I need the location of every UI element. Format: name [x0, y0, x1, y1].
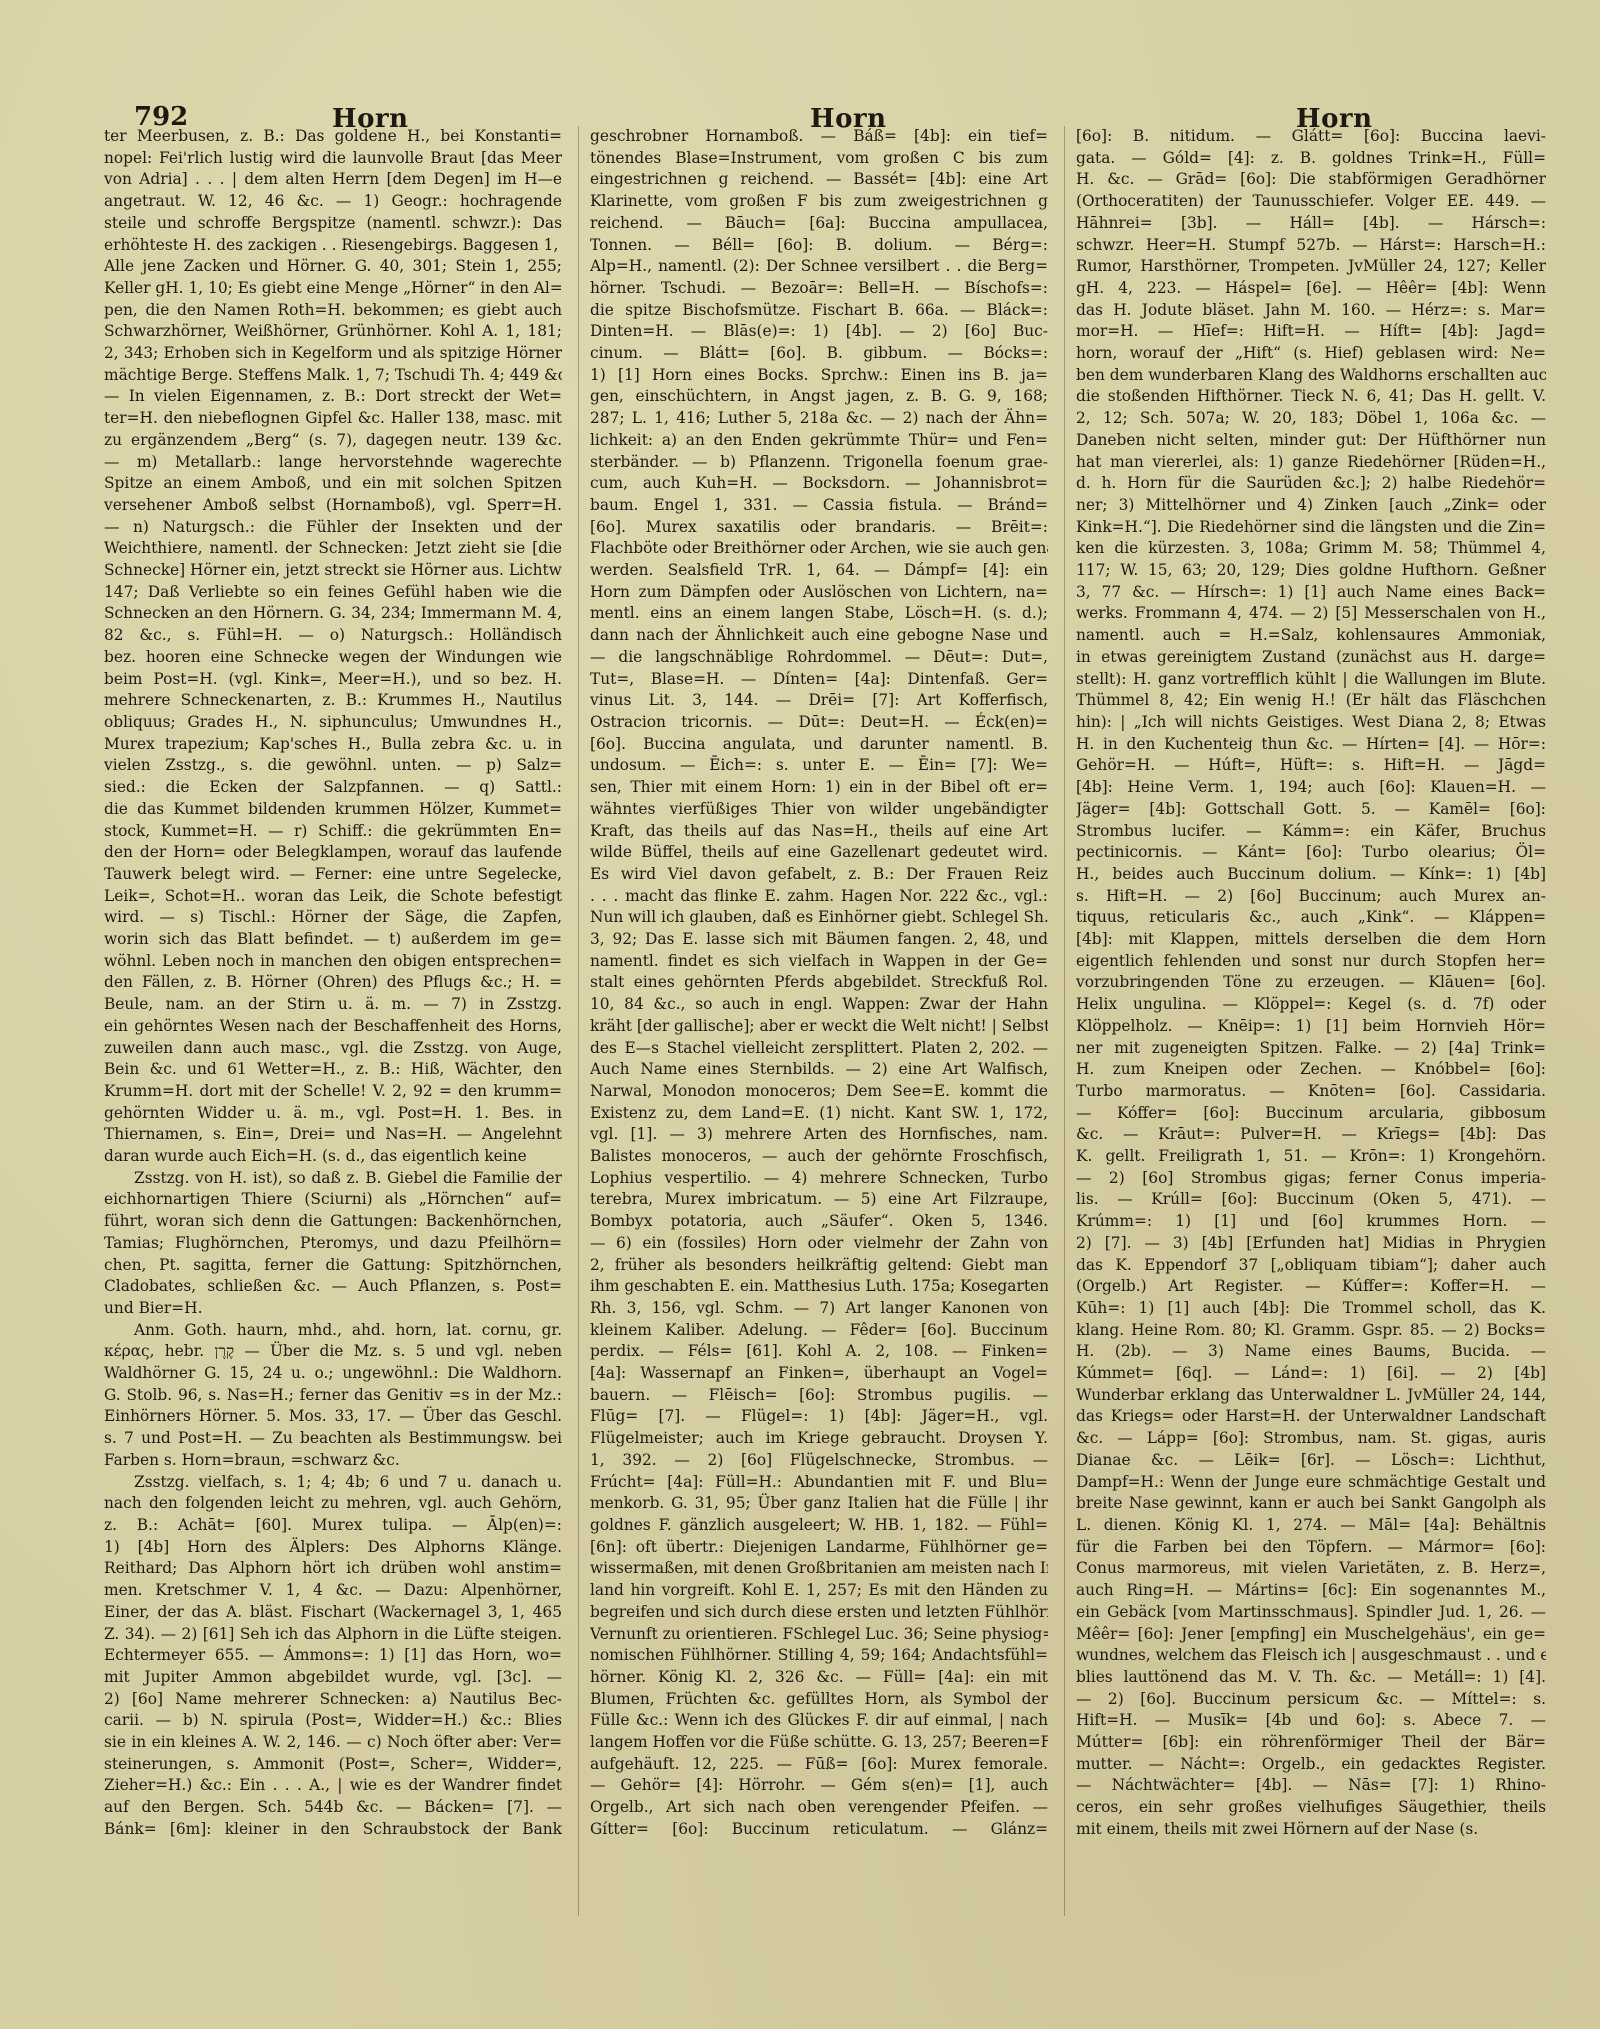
text-line: hörner. König Kl. 2, 326 &c. — Füll= [4a…	[590, 1667, 1048, 1689]
text-line: [6n]: oft übertr.: Diejenigen Landarme, …	[590, 1537, 1048, 1559]
text-line: K. gellt. Freiligrath 1, 51. — Krōn=: 1)…	[1076, 1146, 1546, 1168]
text-line: klang. Heine Rom. 80; Kl. Gramm. Gspr. 8…	[1076, 1320, 1546, 1342]
text-line: Daneben nicht selten, minder gut: Der Hü…	[1076, 430, 1546, 452]
text-line: vinus Lit. 3, 144. — Drēi= [7]: Art Koff…	[590, 690, 1048, 712]
text-line: stellt): H. ganz vortrefflich kühlt | di…	[1076, 669, 1546, 691]
text-line: . . . macht das flinke E. zahm. Hagen No…	[590, 886, 1048, 908]
text-line: tiquus, reticularis &c., auch „Kink“. — …	[1076, 907, 1546, 929]
text-line: ken die kürzesten. 3, 108a; Grimm M. 58;…	[1076, 538, 1546, 560]
text-line: 82 &c., s. Fühl=H. — o) Naturgsch.: Holl…	[104, 625, 562, 647]
text-line: perdix. — Féls= [61]. Kohl A. 2, 108. — …	[590, 1341, 1048, 1363]
text-line: Gítter= [6o]: Buccinum reticulatum. — Gl…	[590, 1819, 1048, 1841]
text-line: werden. Sealsfield TrR. 1, 64. — Dámpf= …	[590, 560, 1048, 582]
text-line: Tonnen. — Béll= [6o]: B. dolium. — Bérg=…	[590, 235, 1048, 257]
text-line: 2) [6o] Name mehrerer Schnecken: a) Naut…	[104, 1689, 562, 1711]
text-line: G. Stolb. 96, s. Nas=H.; ferner das Geni…	[104, 1385, 562, 1407]
text-line: d. h. Horn für die Saurüden &c.]; 2) hal…	[1076, 473, 1546, 495]
text-line: wird. — s) Tischl.: Hörner der Säge, die…	[104, 907, 562, 929]
text-line: reichend. — Bāuch= [6a]: Buccina ampulla…	[590, 213, 1048, 235]
text-line: erhöhteste H. des zackigen . . Riesengeb…	[104, 235, 562, 257]
text-line: — Kóffer= [6o]: Buccinum arcularia, gibb…	[1076, 1103, 1546, 1125]
text-line: Thümmel 8, 42; Ein wenig H.! (Er hält da…	[1076, 690, 1546, 712]
text-line: langem Hoffen vor die Füße schütte. G. 1…	[590, 1732, 1048, 1754]
text-line: &c. — Lápp= [6o]: Strombus, nam. St. gig…	[1076, 1428, 1546, 1450]
text-line: menkorb. G. 31, 95; Über ganz Italien ha…	[590, 1493, 1048, 1515]
text-line: Alle jene Zacken und Hörner. G. 40, 301;…	[104, 256, 562, 278]
text-line: terebra, Murex imbricatum. — 5) eine Art…	[590, 1189, 1048, 1211]
text-line: [6o]. Buccina angulata, und darunter nam…	[590, 734, 1048, 756]
text-line: versehener Amboß selbst (Hornamboß), vgl…	[104, 495, 562, 517]
text-line: Weichthiere, namentl. der Schnecken: Jet…	[104, 538, 562, 560]
text-line: horn, worauf der „Hift“ (s. Hief) geblas…	[1076, 343, 1546, 365]
text-line: — Náchtwächter= [4b]. — Nās= [7]: 1) Rhi…	[1076, 1775, 1546, 1797]
text-line: — 2) [6o] Strombus gigas; ferner Conus i…	[1076, 1168, 1546, 1190]
text-line: eichhornartigen Thiere (Sciurni) als „Hö…	[104, 1189, 562, 1211]
text-line: — die langschnäblige Rohrdommel. — Dēut=…	[590, 647, 1048, 669]
text-line: Tauwerk belegt wird. — Ferner: eine untr…	[104, 864, 562, 886]
text-line: Ostracion tricornis. — Dūt=: Deut=H. — É…	[590, 712, 1048, 734]
text-line: Anm. Goth. haurn, mhd., ahd. horn, lat. …	[104, 1320, 562, 1342]
text-line: 287; L. 1, 416; Luther 5, 218a &c. — 2) …	[590, 408, 1048, 430]
text-line: von Adria] . . . | dem alten Herrn [dem …	[104, 169, 562, 191]
text-line: Turbo marmoratus. — Knōten= [6o]. Cassid…	[1076, 1081, 1546, 1103]
text-line: [6o]: B. nitidum. — Glátt= [6o]: Buccina…	[1076, 126, 1546, 148]
text-line: Balistes monoceros, — auch der gehörnte …	[590, 1146, 1048, 1168]
text-line: Spitze an einem Amboß, und ein mit solch…	[104, 473, 562, 495]
text-line: wöhnl. Leben noch in manchen den obigen …	[104, 951, 562, 973]
text-line: aufgehäuft. 12, 225. — Fūß= [6o]: Murex …	[590, 1754, 1048, 1776]
text-line: 3, 92; Das E. lasse sich mit Bäumen fang…	[590, 929, 1048, 951]
text-line: Klarinette, vom großen F bis zum zweiges…	[590, 191, 1048, 213]
text-line: kräht [der gallische]; aber er weckt die…	[590, 1016, 1048, 1038]
text-line: wundnes, welchem das Fleisch ich | ausge…	[1076, 1645, 1546, 1667]
text-line: Strombus lucifer. — Kámm=: ein Käfer, Br…	[1076, 821, 1546, 843]
text-line: dann nach der Ähnlichkeit auch eine gebo…	[590, 625, 1048, 647]
text-line: (Orgelb.) Art Register. — Kúffer=: Koffe…	[1076, 1276, 1546, 1298]
text-line: — n) Naturgsch.: die Fühler der Insekten…	[104, 517, 562, 539]
text-line: Dampf=H.: Wenn der Junge eure schmächtig…	[1076, 1472, 1546, 1494]
text-line: Orgelb., Art sich nach oben verengender …	[590, 1797, 1048, 1819]
text-line: Kūh=: 1) [1] auch [4b]: Die Trommel scho…	[1076, 1298, 1546, 1320]
text-line: Blumen, Früchten &c. gefülltes Horn, als…	[590, 1689, 1048, 1711]
text-line: [6o]. Murex saxatilis oder brandaris. — …	[590, 517, 1048, 539]
text-line: sen, Thier mit einem Horn: 1) ein in der…	[590, 777, 1048, 799]
text-line: mor=H. — Hīef=: Hift=H. — Híft= [4b]: Ja…	[1076, 321, 1546, 343]
text-line: mit einem, theils mit zwei Hörnern auf d…	[1076, 1819, 1546, 1841]
text-line: Tut=, Blase=H. — Dínten= [4a]: Dintenfaß…	[590, 669, 1048, 691]
dictionary-page: 792 Horn Horn Horn ter Meerbusen, z. B.:…	[0, 0, 1600, 2029]
text-line: Rumor, Harsthörner, Trompeten. JvMüller …	[1076, 256, 1546, 278]
text-line: Bombyx potatoria, auch „Säufer“. Oken 5,…	[590, 1211, 1048, 1233]
text-line: Horn zum Dämpfen oder Auslöschen von Lic…	[590, 582, 1048, 604]
text-line: nomischen Fühlhörner. Stilling 4, 59; 16…	[590, 1645, 1048, 1667]
text-line: Keller gH. 1, 10; Es giebt eine Menge „H…	[104, 278, 562, 300]
text-line: cum, auch Kuh=H. — Bocksdorn. — Johannis…	[590, 473, 1048, 495]
text-line: Hift=H. — Musīk= [4b und 6o]: s. Abece 7…	[1076, 1710, 1546, 1732]
text-line: Kraft, das theils auf das Nas=H., theils…	[590, 821, 1048, 843]
text-line: H. in den Kuchenteig thun &c. — Hírten= …	[1076, 734, 1546, 756]
text-line: Echtermeyer 655. — Ámmons=: 1) [1] das H…	[104, 1645, 562, 1667]
text-line: schwzr. Heer=H. Stumpf 527b. — Hárst=: H…	[1076, 235, 1546, 257]
text-line: goldnes F. gänzlich ausgeleert; W. HB. 1…	[590, 1515, 1048, 1537]
text-line: Jäger= [4b]: Gottschall Gott. 5. — Kamēl…	[1076, 799, 1546, 821]
text-line: 2, 343; Erhoben sich in Kegelform und al…	[104, 343, 562, 365]
text-line: pen, die den Namen Roth=H. bekommen; es …	[104, 300, 562, 322]
text-line: Mútter= [6b]: ein röhrenförmiger Theil d…	[1076, 1732, 1546, 1754]
text-line: in etwas gereinigtem Zustand (zunächst a…	[1076, 647, 1546, 669]
text-line: — m) Metallarb.: lange hervorstehnde wag…	[104, 452, 562, 474]
text-line: Kúmmet= [6q]. — Lánd=: 1) [6i]. — 2) [4b…	[1076, 1363, 1546, 1385]
text-line: lis. — Krúll= [6o]: Buccinum (Oken 5, 47…	[1076, 1189, 1546, 1211]
text-line: stalt eines gehörnten Pferds abgebildet.…	[590, 972, 1048, 994]
text-line: H. (2b). — 3) Name eines Baums, Bucida. …	[1076, 1341, 1546, 1363]
text-line: Conus marmoreus, mit vielen Varietäten, …	[1076, 1558, 1546, 1580]
text-line: cinum. — Blátt= [6o]. B. gibbum. — Bócks…	[590, 343, 1048, 365]
text-line: begreifen und sich durch diese ersten un…	[590, 1602, 1048, 1624]
text-line: Waldhörner G. 15, 24 u. o.; ungewöhnl.: …	[104, 1363, 562, 1385]
text-line: Krúmm=: 1) [1] und [6o] krummes Horn. —	[1076, 1211, 1546, 1233]
text-line: eigentlich fehlenden und sonst nur durch…	[1076, 951, 1546, 973]
text-line: κέρας, hebr. קֶרֶן — Über die Mz. s. 5 u…	[104, 1341, 562, 1363]
text-line: die das Kummet bildenden krummen Hölzer,…	[104, 799, 562, 821]
text-line: Nun will ich glauben, daß es Einhörner g…	[590, 907, 1048, 929]
text-line: bauern. — Flēisch= [6o]: Strombus pugili…	[590, 1385, 1048, 1407]
text-line: H. zum Kneipen oder Zechen. — Knóbbel= […	[1076, 1059, 1546, 1081]
text-line: ceros, ein sehr großes vielhufiges Säuge…	[1076, 1797, 1546, 1819]
text-line: breite Nase gewinnt, kann er auch bei Sa…	[1076, 1493, 1546, 1515]
text-line: nopel: Fei'rlich lustig wird die launvol…	[104, 148, 562, 170]
text-line: Schnecke] Hörner ein, jetzt streckt sie …	[104, 560, 562, 582]
text-line: Farben s. Horn=braun, =schwarz &c.	[104, 1450, 562, 1472]
text-line: Auch Name eines Sternbilds. — 2) eine Ar…	[590, 1059, 1048, 1081]
text-line: Zieher=H.) &c.: Ein . . . A., | wie es d…	[104, 1775, 562, 1797]
text-line: namentl. auch = H.=Salz, kohlensaures Am…	[1076, 625, 1546, 647]
text-line: obliquus; Grades H., N. siphunculus; Umw…	[104, 712, 562, 734]
text-line: ein Gebäck [vom Martinsschmaus]. Spindle…	[1076, 1602, 1546, 1624]
column-2: geschrobner Hornamboß. — Báß= [4b]: ein …	[590, 126, 1048, 1916]
text-line: H. &c. — Grād= [6o]: Die stabförmigen Ge…	[1076, 169, 1546, 191]
text-line: (Orthoceratiten) der Taunusschiefer. Vol…	[1076, 191, 1546, 213]
text-line: vielen Zsstzg., s. die gewöhnl. unten. —…	[104, 755, 562, 777]
text-line: ter=H. den niebeflognen Gipfel &c. Halle…	[104, 408, 562, 430]
text-line: 2, 12; Sch. 507a; W. 20, 183; Döbel 1, 1…	[1076, 408, 1546, 430]
text-line: Zsstzg. vielfach, s. 1; 4; 4b; 6 und 7 u…	[104, 1472, 562, 1494]
text-line: gH. 4, 223. — Háspel= [6e]. — Hêêr= [4b]…	[1076, 278, 1546, 300]
text-line: wissermaßen, mit denen Großbritanien am …	[590, 1558, 1048, 1580]
text-line: lichkeit: a) an den Enden gekrümmte Thür…	[590, 430, 1048, 452]
text-line: Z. 34). — 2) [61] Seh ich das Alphorn in…	[104, 1624, 562, 1646]
text-line: eingestrichnen g reichend. — Bassét= [4b…	[590, 169, 1048, 191]
text-line: Existenz zu, dem Land=E. (1) nicht. Kant…	[590, 1103, 1048, 1125]
text-line: des E—s Stachel vielleicht zersplittert.…	[590, 1038, 1048, 1060]
text-line: 117; W. 15, 63; 20, 129; Dies goldne Huf…	[1076, 560, 1546, 582]
text-line: sied.: die Ecken der Salzpfannen. — q) S…	[104, 777, 562, 799]
text-line: ner; 3) Mittelhörner und 4) Zinken [auch…	[1076, 495, 1546, 517]
text-line: Tamias; Flughörnchen, Pteromys, und dazu…	[104, 1233, 562, 1255]
text-line: mit Jupiter Ammon abgebildet wurde, vgl.…	[104, 1667, 562, 1689]
text-line: werks. Frommann 4, 474. — 2) [5] Messers…	[1076, 603, 1546, 625]
text-line: [4b]: Heine Verm. 1, 194; auch [6o]: Kla…	[1076, 777, 1546, 799]
text-line: wilde Büffel, theils auf eine Gazellenar…	[590, 842, 1048, 864]
text-line: namentl. findet es sich vielfach in Wapp…	[590, 951, 1048, 973]
text-line: Flūg= [7]. — Flügel=: 1) [4b]: Jäger=H.,…	[590, 1406, 1048, 1428]
text-line: den der Horn= oder Belegklampen, worauf …	[104, 842, 562, 864]
text-line: s. 7 und Post=H. — Zu beachten als Besti…	[104, 1428, 562, 1450]
text-line: Leik=, Schot=H.. woran das Leik, die Sch…	[104, 886, 562, 908]
text-line: auch Ring=H. — Mártins= [6c]: Ein sogena…	[1076, 1580, 1546, 1602]
text-line: Murex trapezium; Kap'sches H., Bulla zeb…	[104, 734, 562, 756]
text-line: steile und schroffe Bergspitze (namentl.…	[104, 213, 562, 235]
text-line: mentl. eins an einem langen Stabe, Lösch…	[590, 603, 1048, 625]
text-line: pectinicornis. — Kánt= [6o]: Turbo olear…	[1076, 842, 1546, 864]
text-line: für die Farben bei den Töpfern. — Mármor…	[1076, 1537, 1546, 1559]
text-line: z. B.: Achāt= [60]. Murex tulipa. — Ālp(…	[104, 1515, 562, 1537]
text-line: baum. Engel 1, 331. — Cassia fistula. — …	[590, 495, 1048, 517]
text-line: gehörnten Widder u. ä. m., vgl. Post=H. …	[104, 1103, 562, 1125]
text-line: [4a]: Wassernapf an Finken=, überhaupt a…	[590, 1363, 1048, 1385]
text-line: ein gehörntes Wesen nach der Beschaffenh…	[104, 1016, 562, 1038]
text-line: ter Meerbusen, z. B.: Das goldene H., be…	[104, 126, 562, 148]
text-line: ner mit zugeneigten Spitzen. Falke. — 2)…	[1076, 1038, 1546, 1060]
text-line: angetraut. W. 12, 46 &c. — 1) Geogr.: ho…	[104, 191, 562, 213]
text-line: gata. — Góld= [4]: z. B. goldnes Trink=H…	[1076, 148, 1546, 170]
text-line: 10, 84 &c., so auch in engl. Wappen: Zwa…	[590, 994, 1048, 1016]
text-line: hat man viererlei, als: 1) ganze Riedehö…	[1076, 452, 1546, 474]
text-line: 2, früher als besonders heilkräftig gelt…	[590, 1255, 1048, 1277]
text-line: hin): | „Ich will nichts Geistiges. West…	[1076, 712, 1546, 734]
text-line: sterbänder. — b) Pflanzenn. Trigonella f…	[590, 452, 1048, 474]
text-line: carii. — b) N. spirula (Post=, Widder=H.…	[104, 1710, 562, 1732]
text-line: geschrobner Hornamboß. — Báß= [4b]: ein …	[590, 126, 1048, 148]
text-line: Cladobates, schließen &c. — Auch Pflanze…	[104, 1276, 562, 1298]
column-1: ter Meerbusen, z. B.: Das goldene H., be…	[104, 126, 562, 1916]
text-line: 1) [4b] Horn des Älplers: Des Alphorns K…	[104, 1537, 562, 1559]
text-line: Kink=H.“]. Die Riedehörner sind die läng…	[1076, 517, 1546, 539]
text-line: Narwal, Monodon monoceros; Dem See=E. ko…	[590, 1081, 1048, 1103]
text-line: — Gehör= [4]: Hörrohr. — Gém s(en)= [1],…	[590, 1775, 1048, 1797]
text-line: Lophius vespertilio. — 4) mehrere Schnec…	[590, 1168, 1048, 1190]
text-line: die spitze Bischofsmütze. Fischart B. 66…	[590, 300, 1048, 322]
text-line: tönendes Blase=Instrument, vom großen C …	[590, 148, 1048, 170]
text-line: Frúcht= [4a]: Füll=H.: Abundantien mit F…	[590, 1472, 1048, 1494]
text-line: Flügelmeister; auch im Kriege gebraucht.…	[590, 1428, 1048, 1450]
text-line: Klöppelholz. — Knēip=: 1) [1] beim Hornv…	[1076, 1016, 1546, 1038]
text-line: 3, 77 &c. — Hírsch=: 1) [1] auch Name ei…	[1076, 582, 1546, 604]
text-line: 2) [7]. — 3) [4b] [Erfunden hat] Midias …	[1076, 1233, 1546, 1255]
text-line: mächtige Berge. Steffens Malk. 1, 7; Tsc…	[104, 365, 562, 387]
column-divider	[578, 126, 579, 1916]
text-line: vorzubringenden Töne zu erzeugen. — Klāu…	[1076, 972, 1546, 994]
text-line: sie in ein kleines A. W. 2, 146. — c) No…	[104, 1732, 562, 1754]
text-line: ihm geschabten E. ein. Matthesius Luth. …	[590, 1276, 1048, 1298]
text-line: ben dem wunderbaren Klang des Waldhorns …	[1076, 365, 1546, 387]
text-line: das Kriegs= oder Harst=H. der Unterwaldn…	[1076, 1406, 1546, 1428]
text-line: worin sich das Blatt befindet. — t) auße…	[104, 929, 562, 951]
text-line: Gehör=H. — Húft=, Hüft=: s. Hift=H. — Jā…	[1076, 755, 1546, 777]
text-line: kleinem Kaliber. Adelung. — Fêder= [6o].…	[590, 1320, 1048, 1342]
text-line: chen, Pt. sagitta, ferner die Gattung: S…	[104, 1255, 562, 1277]
text-line: Hāhnrei= [3b]. — Háll= [4b]. — Hársch=:	[1076, 213, 1546, 235]
text-line: blies lauttönend das M. V. Th. &c. — Met…	[1076, 1667, 1546, 1689]
text-line: zuweilen dann auch masc., vgl. die Zsstz…	[104, 1038, 562, 1060]
text-line: Es wird Viel davon gefabelt, z. B.: Der …	[590, 864, 1048, 886]
text-line: &c. — Krāut=: Pulver=H. — Krīegs= [4b]: …	[1076, 1124, 1546, 1146]
text-line: Krumm=H. dort mit der Schelle! V. 2, 92 …	[104, 1081, 562, 1103]
text-line: das H. Jodute bläset. Jahn M. 160. — Hér…	[1076, 300, 1546, 322]
text-line: steinerungen, s. Ammonit (Post=, Scher=,…	[104, 1754, 562, 1776]
text-line: hörner. Tschudi. — Bezoār=: Bell=H. — Bí…	[590, 278, 1048, 300]
text-line: Vernunft zu orientieren. FSchlegel Luc. …	[590, 1624, 1048, 1646]
text-line: mehrere Schneckenarten, z. B.: Krummes H…	[104, 690, 562, 712]
text-line: Flachböte oder Breithörner oder Archen, …	[590, 538, 1048, 560]
text-line: Einer, der das A. bläst. Fischart (Wacke…	[104, 1602, 562, 1624]
text-line: das K. Eppendorf 37 [„obliquam tibiam“];…	[1076, 1255, 1546, 1277]
text-line: Einhörners Hörner. 5. Mos. 33, 17. — Übe…	[104, 1406, 562, 1428]
text-line: Schwarzhörner, Weißhörner, Grünhörner. K…	[104, 321, 562, 343]
text-line: undosum. — Ēich=: s. unter E. — Ēin= [7]…	[590, 755, 1048, 777]
text-line: beim Post=H. (vgl. Kink=, Meer=H.), und …	[104, 669, 562, 691]
text-line: Fülle &c.: Wenn ich des Glückes F. dir a…	[590, 1710, 1048, 1732]
text-line: 1, 392. — 2) [6o] Flügelschnecke, Stromb…	[590, 1450, 1048, 1472]
text-line: Bein &c. und 61 Wetter=H., z. B.: Hiß, W…	[104, 1059, 562, 1081]
text-line: Wunderbar erklang das Unterwaldner L. Jv…	[1076, 1385, 1546, 1407]
text-line: Thiernamen, s. Ein=, Drei= und Nas=H. — …	[104, 1124, 562, 1146]
text-line: Dianae &c. — Lēik= [6r]. — Lösch=: Licht…	[1076, 1450, 1546, 1472]
text-line: nach den folgenden leicht zu mehren, vgl…	[104, 1493, 562, 1515]
text-line: 147; Daß Verliebte so ein feines Gefühl …	[104, 582, 562, 604]
text-line: gen, einschüchtern, in Angst jagen, z. B…	[590, 386, 1048, 408]
text-line: H., beides auch Buccinum dolium. — Kínk=…	[1076, 864, 1546, 886]
text-line: — 6) ein (fossiles) Horn oder vielmehr d…	[590, 1233, 1048, 1255]
text-line: Alp=H., namentl. (2): Der Schnee versilb…	[590, 256, 1048, 278]
text-line: L. dienen. König Kl. 1, 274. — Māl= [4a]…	[1076, 1515, 1546, 1537]
text-line: den Fällen, z. B. Hörner (Ohren) des Pfl…	[104, 972, 562, 994]
text-line: führt, woran sich denn die Gattungen: Ba…	[104, 1211, 562, 1233]
text-line: Dinten=H. — Blās(e)=: 1) [4b]. — 2) [6o]…	[590, 321, 1048, 343]
text-line: land hin vorgreift. Kohl E. 1, 257; Es m…	[590, 1580, 1048, 1602]
text-line: wähntes vierfüßiges Thier von wilder ung…	[590, 799, 1048, 821]
text-columns: ter Meerbusen, z. B.: Das goldene H., be…	[104, 126, 1590, 1926]
text-line: zu ergänzendem „Berg“ (s. 7), dagegen ne…	[104, 430, 562, 452]
text-line: Zsstzg. von H. ist), so daß z. B. Giebel…	[104, 1168, 562, 1190]
text-line: daran wurde auch Eich=H. (s. d., das eig…	[104, 1146, 562, 1168]
text-line: mutter. — Nácht=: Orgelb., ein gedacktes…	[1076, 1754, 1546, 1776]
text-line: und Bier=H.	[104, 1298, 562, 1320]
text-line: Reithard; Das Alphorn hört ich drüben wo…	[104, 1558, 562, 1580]
text-line: men. Kretschmer V. 1, 4 &c. — Dazu: Alpe…	[104, 1580, 562, 1602]
column-3: [6o]: B. nitidum. — Glátt= [6o]: Buccina…	[1076, 126, 1546, 1916]
text-line: — In vielen Eigennamen, z. B.: Dort stre…	[104, 386, 562, 408]
text-line: s. Hift=H. — 2) [6o] Buccinum; auch Mure…	[1076, 886, 1546, 908]
text-line: Bánk= [6m]: kleiner in den Schraubstock …	[104, 1819, 562, 1841]
text-line: Helix ungulina. — Klöppel=: Kegel (s. d.…	[1076, 994, 1546, 1016]
text-line: Rh. 3, 156, vgl. Schm. — 7) Art langer K…	[590, 1298, 1048, 1320]
text-line: Beule, nam. an der Stirn u. ä. m. — 7) i…	[104, 994, 562, 1016]
text-line: stock, Kummet=H. — r) Schiff.: die gekrü…	[104, 821, 562, 843]
text-line: vgl. [1]. — 3) mehrere Arten des Hornfis…	[590, 1124, 1048, 1146]
column-divider	[1064, 126, 1065, 1916]
text-line: bez. hooren eine Schnecke wegen der Wind…	[104, 647, 562, 669]
text-line: [4b]: mit Klappen, mittels derselben die…	[1076, 929, 1546, 951]
text-line: auf den Bergen. Sch. 544b &c. — Bácken= …	[104, 1797, 562, 1819]
text-line: Mêêr= [6o]: Jener [empfing] ein Muschelg…	[1076, 1624, 1546, 1646]
text-line: die stoßenden Hifthörner. Tieck N. 6, 41…	[1076, 386, 1546, 408]
text-line: 1) [1] Horn eines Bocks. Sprchw.: Einen …	[590, 365, 1048, 387]
text-line: Schnecken an den Hörnern. G. 34, 234; Im…	[104, 603, 562, 625]
text-line: — 2) [6o]. Buccinum persicum &c. — Mítte…	[1076, 1689, 1546, 1711]
